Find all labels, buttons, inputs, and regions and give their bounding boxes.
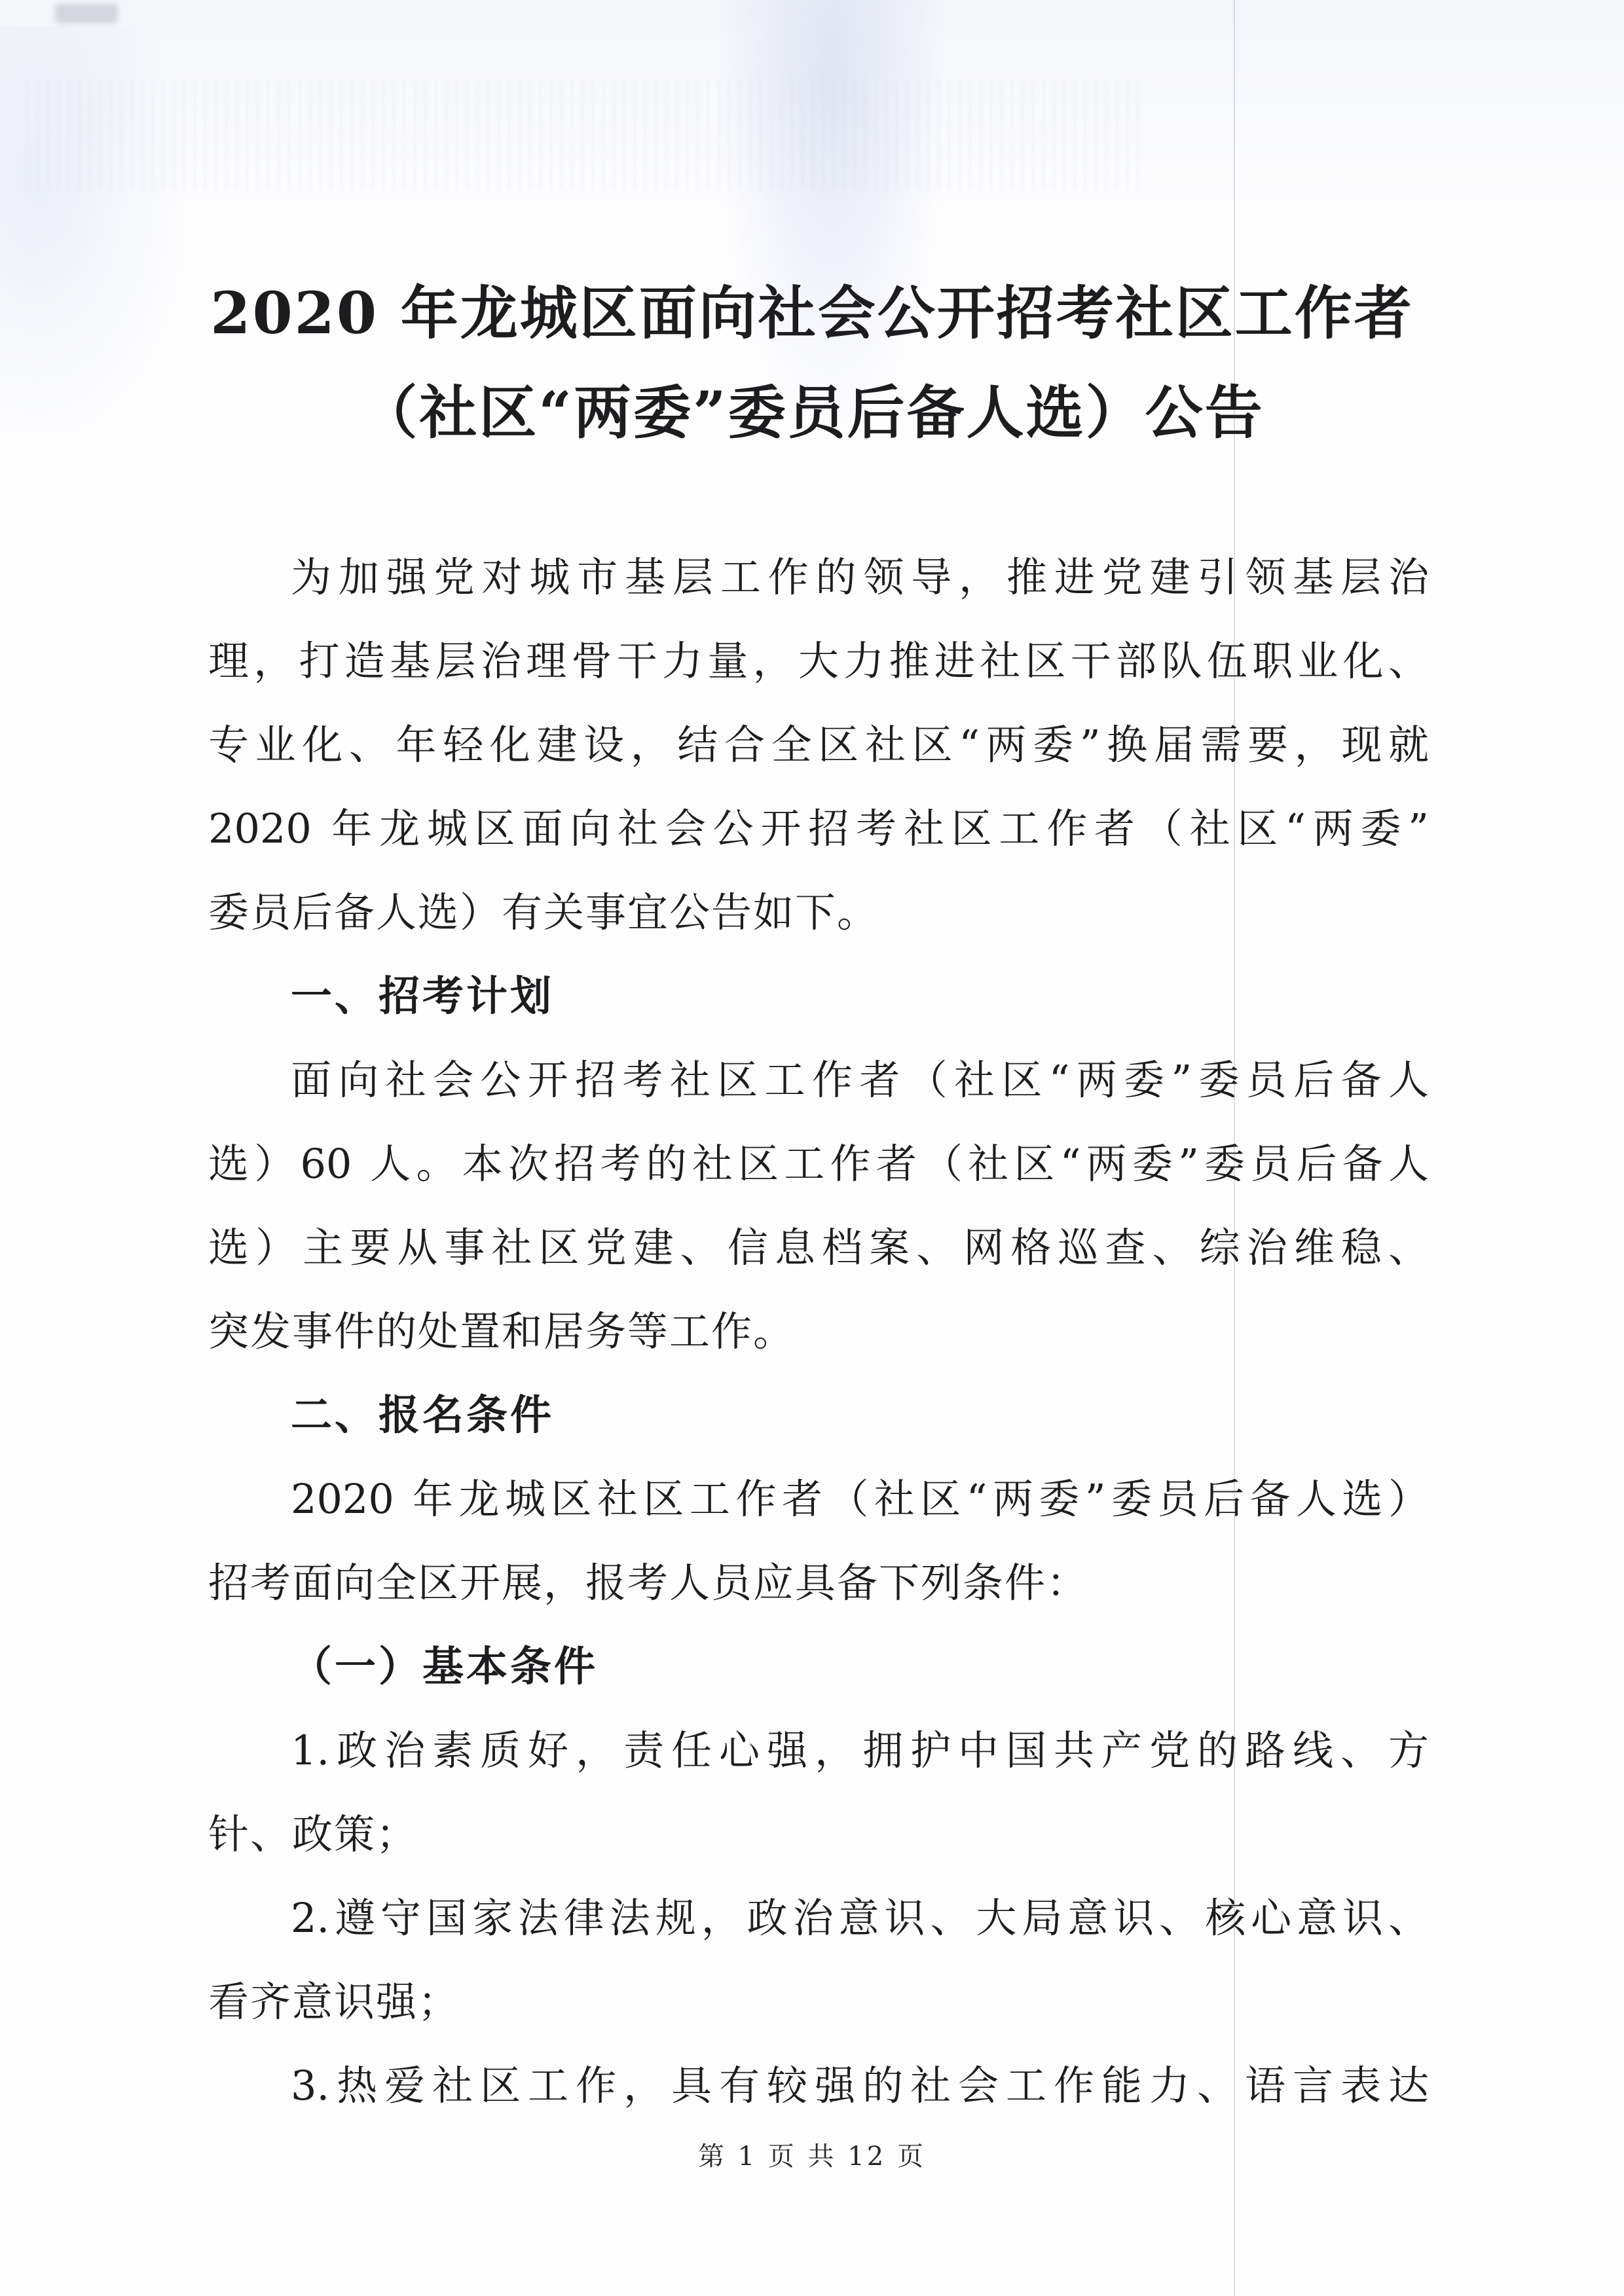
document-title-line1: 2020 年龙城区面向社会公开招考社区工作者 — [0, 263, 1624, 363]
section-heading: （一）基本条件 — [208, 1625, 1429, 1709]
document-title-line2: （社区“两委”委员后备人选）公告 — [0, 363, 1624, 462]
scan-corner-mark — [55, 4, 118, 24]
section-heading: 一、招考计划 — [208, 955, 1429, 1038]
document-title: 2020 年龙城区面向社会公开招考社区工作者 （社区“两委”委员后备人选）公告 — [0, 263, 1624, 462]
body-line: 专业化、年轻化建设，结合全区社区“两委”换届需要，现就 — [208, 703, 1429, 787]
body-line: 为加强党对城市基层工作的领导，推进党建引领基层治 — [208, 536, 1429, 619]
body-line: 选）主要从事社区党建、信息档案、网格巡查、综治维稳、 — [208, 1206, 1429, 1290]
body-line: 针、政策； — [208, 1793, 1429, 1876]
scan-noise-top — [0, 0, 1624, 282]
body-line: 理，打造基层治理骨干力量，大力推进社区干部队伍职业化、 — [208, 619, 1429, 703]
body-line: 面向社会公开招考社区工作者（社区“两委”委员后备人 — [208, 1038, 1429, 1122]
body-line: 2020 年龙城区面向社会公开招考社区工作者（社区“两委” — [208, 787, 1429, 871]
body-line: 选）60 人。本次招考的社区工作者（社区“两委”委员后备人 — [208, 1122, 1429, 1206]
document-body: 为加强党对城市基层工作的领导，推进党建引领基层治理，打造基层治理骨干力量，大力推… — [208, 536, 1429, 2128]
body-line: 3.热爱社区工作，具有较强的社会工作能力、语言表达 — [208, 2044, 1429, 2128]
body-line: 看齐意识强； — [208, 1960, 1429, 2044]
body-line: 2020 年龙城区社区工作者（社区“两委”委员后备人选） — [208, 1457, 1429, 1541]
body-line: 1.政治素质好，责任心强，拥护中国共产党的路线、方 — [208, 1709, 1429, 1793]
body-line: 委员后备人选）有关事宜公告如下。 — [208, 871, 1429, 955]
section-heading: 二、报名条件 — [208, 1374, 1429, 1457]
scan-noise-streaks — [26, 79, 1139, 190]
body-line: 突发事件的处置和居务等工作。 — [208, 1290, 1429, 1374]
body-line: 2.遵守国家法律法规，政治意识、大局意识、核心意识、 — [208, 1876, 1429, 1960]
scanned-document-page: 2020 年龙城区面向社会公开招考社区工作者 （社区“两委”委员后备人选）公告 … — [0, 0, 1624, 2296]
body-line: 招考面向全区开展，报考人员应具备下列条件： — [208, 1541, 1429, 1625]
page-number: 第 1 页 共 12 页 — [0, 2136, 1624, 2173]
